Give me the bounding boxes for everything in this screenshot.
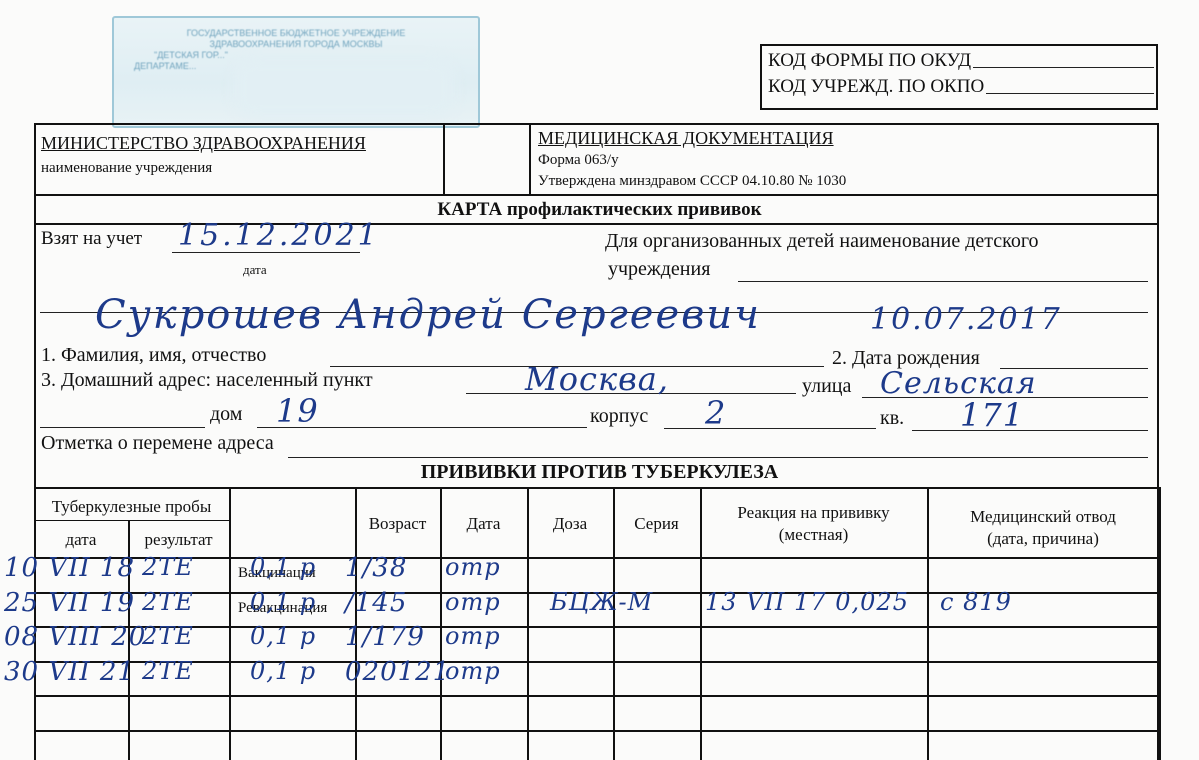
vaccination-date[interactable]: отр (445, 553, 501, 581)
col-tb-date: дата (34, 529, 128, 551)
street-label: улица (802, 375, 851, 398)
table-row: 08 VIII 202ТЕ0,1 р1/179отр (34, 626, 1159, 661)
tb-test-result[interactable]: 2ТЕ (142, 657, 194, 685)
vaccination-date[interactable]: отр (445, 657, 501, 685)
vaccination-dose-note[interactable]: 0,1 р (250, 588, 316, 616)
institution-stamp: ГОСУДАРСТВЕННОЕ БЮДЖЕТНОЕ УЧРЕЖДЕНИЕ ЗДР… (112, 16, 480, 128)
city-value[interactable]: Москва, (525, 360, 669, 398)
vaccination-dose[interactable]: БЦЖ-М (550, 588, 653, 616)
tb-test-result[interactable]: 2ТЕ (142, 553, 194, 581)
form-codes-box: КОД ФОРМЫ ПО ОКУД КОД УЧРЕЖД. ПО ОКПО (760, 44, 1158, 110)
registration-label: Взят на учет (41, 228, 142, 250)
org-children-field[interactable] (738, 281, 1148, 282)
institution-caption: наименование учреждения (41, 160, 212, 177)
table-row: 25 VII 192ТЕРевакцинация0,1 р/145отрБЦЖ-… (34, 592, 1159, 627)
col-tb-result: результат (128, 529, 229, 551)
patient-name-value[interactable]: Сукрошев Андрей Сергеевич (95, 292, 761, 338)
org-children-label-2: учреждения (608, 258, 710, 281)
col-date: Дата (440, 513, 527, 535)
tb-test-date[interactable]: 30 VII 21 (4, 657, 135, 687)
vaccination-dose-note[interactable]: 0,1 р (250, 553, 316, 581)
tb-section-title: ПРИВИВКИ ПРОТИВ ТУБЕРКУЛЕЗА (0, 461, 1199, 484)
col-tb-tests: Туберкулезные пробы (34, 496, 229, 518)
org-children-label: Для организованных детей наименование де… (605, 230, 1039, 253)
tb-test-result[interactable]: 2ТЕ (142, 588, 194, 616)
table-row: 10 VII 182ТЕВакцинация0,1 р1/38отр (34, 557, 1159, 592)
col-reaction: Реакция на прививку(местная) (700, 502, 927, 524)
stamp-line: "ДЕТСКАЯ ГОР..." (114, 50, 478, 61)
okpo-field[interactable] (986, 93, 1154, 94)
tb-test-result[interactable]: 2ТЕ (142, 622, 194, 650)
vaccination-date[interactable]: отр (445, 588, 501, 616)
form-number: Форма 063/у (538, 152, 619, 169)
name-label: 1. Фамилия, имя, отчество (41, 344, 266, 367)
okpo-label: КОД УЧРЕЖД. ПО ОКПО (768, 74, 984, 100)
address-label: 3. Домашний адрес: населенный пункт (41, 369, 373, 392)
registration-date-value[interactable]: 15.12.2021 (178, 218, 380, 253)
okud-field[interactable] (973, 67, 1154, 68)
vaccination-age[interactable]: 1/179 (345, 622, 425, 652)
approval-note: Утверждена минздравом СССР 04.10.80 № 10… (538, 173, 846, 190)
apartment-value[interactable]: 171 (960, 396, 1024, 434)
house-label: дом (210, 403, 242, 426)
col-series: Серия (613, 513, 700, 535)
vaccination-age[interactable]: 020121 (345, 657, 450, 687)
tb-test-date[interactable]: 10 VII 18 (4, 553, 135, 583)
vaccination-date[interactable]: отр (445, 622, 501, 650)
medical-exemption[interactable]: с 819 (940, 588, 1012, 616)
stamp-line: ГОСУДАРСТВЕННОЕ БЮДЖЕТНОЕ УЧРЕЖДЕНИЕ (114, 28, 478, 39)
tb-test-date[interactable]: 25 VII 19 (4, 588, 135, 618)
building-value[interactable]: 2 (705, 394, 726, 432)
registration-date-caption: дата (243, 262, 267, 278)
apartment-label: кв. (880, 407, 904, 430)
table-row (34, 730, 1159, 760)
tb-test-date[interactable]: 08 VIII 20 (4, 622, 146, 652)
vaccination-dose-note[interactable]: 0,1 р (250, 657, 316, 685)
vaccination-dose-note[interactable]: 0,1 р (250, 622, 316, 650)
stamp-line: ДЕПАРТАМЕ... (114, 61, 478, 72)
ministry-heading: МИНИСТЕРСТВО ЗДРАВООХРАНЕНИЯ (41, 133, 366, 154)
table-row (34, 695, 1159, 730)
vaccination-age[interactable]: /145 (345, 588, 407, 618)
address-change-field[interactable] (288, 457, 1148, 458)
address-change-label: Отметка о перемене адреса (41, 432, 274, 455)
stamp-line: ЗДРАВООХРАНЕНИЯ ГОРОДА МОСКВЫ (114, 39, 478, 50)
vaccination-age[interactable]: 1/38 (345, 553, 407, 583)
birthdate-value[interactable]: 10.07.2017 (870, 302, 1062, 337)
house-value[interactable]: 19 (276, 392, 319, 430)
okud-label: КОД ФОРМЫ ПО ОКУД (768, 48, 971, 74)
vaccination-reaction[interactable]: 13 VII 17 0,025 (705, 588, 909, 616)
col-dose: Доза (527, 513, 613, 535)
col-exemption: Медицинский отвод(дата, причина) (927, 506, 1159, 528)
doc-type-heading: МЕДИЦИНСКАЯ ДОКУМЕНТАЦИЯ (538, 128, 834, 149)
table-row: 30 VII 212ТЕ0,1 р020121отр (34, 661, 1159, 696)
building-label: корпус (590, 405, 648, 428)
col-age: Возраст (355, 513, 440, 535)
